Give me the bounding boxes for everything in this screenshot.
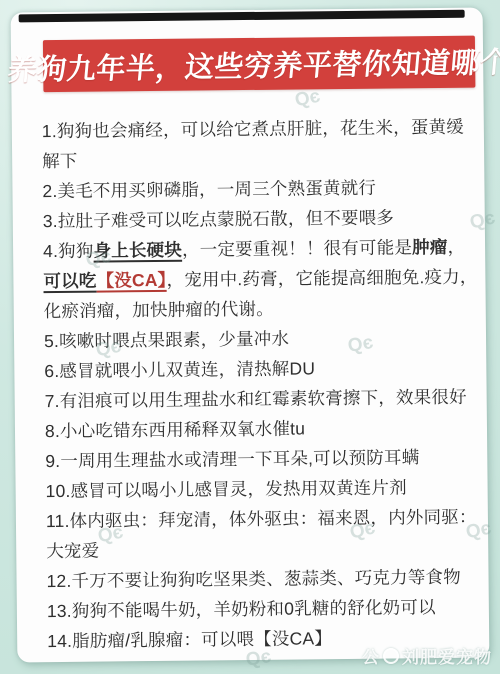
top-black-bar (19, 10, 465, 23)
tip-line: 7.有泪痕可以用生理盐水和红霉素软膏擦下，效果很好 (45, 382, 477, 417)
tip-segment: 肿瘤 (412, 237, 448, 257)
tip-line: 解下 (42, 142, 474, 177)
tip-segment: 大宠爱 (46, 541, 99, 562)
tip-segment: 9.一周用生理盐水或清理一下耳朵,可以预防耳螨 (45, 447, 419, 471)
tip-segment: 10.感冒可以喝小儿感冒灵，发热用双黄连片剂 (46, 477, 407, 501)
tip-line: 可以吃【没CA】，宠用中.药膏，它能提高细胞免.疫力， (43, 262, 475, 297)
circle-logo-icon (383, 648, 399, 664)
poster-background: { "poster": { "title": "养狗九年半，这些穷养平替你知道哪… (0, 0, 500, 674)
tip-segment: 4.狗狗 (43, 241, 94, 262)
tip-line: 13.狗狗不能喝牛奶，羊奶粉和0乳糖的舒化奶可以 (47, 592, 479, 627)
tip-line: 10.感冒可以喝小儿感冒灵，发热用双黄连片剂 (45, 472, 477, 507)
tip-line: 9.一周用生理盐水或清理一下耳朵,可以预防耳螨 (45, 442, 477, 477)
corner-watermark: 公 刘肥爱宠物 (362, 643, 492, 668)
tip-line: 4.狗狗身上长硬块，一定要重视！！很有可能是肿瘤， (43, 232, 475, 267)
corner-watermark-prefix: 公 (362, 643, 380, 668)
tip-segment: ，宠用中.药膏，它能提高细胞免.疫力， (166, 267, 477, 290)
tip-line: 3.拉肚子难受可以吃点蒙脱石散，但不要喂多 (43, 202, 475, 237)
corner-watermark-name: 刘肥爱宠物 (402, 643, 492, 668)
tip-line: 1.狗狗也会痛经，可以给它煮点肝脏，花生米，蛋黄缓 (42, 112, 474, 147)
tip-segment: 1.狗狗也会痛经，可以给它煮点肝脏，花生米，蛋黄缓 (42, 117, 464, 141)
tip-line: 大宠爱 (46, 532, 478, 567)
tip-segment: 3.拉肚子难受可以吃点蒙脱石散，但不要喂多 (43, 207, 394, 231)
tip-segment: 12.千万不要让狗狗吃坚果类、葱蒜类、巧克力等食物 (46, 567, 461, 591)
tip-line: 12.千万不要让狗狗吃坚果类、葱蒜类、巧克力等食物 (46, 562, 478, 597)
tip-segment: 可以吃 (43, 271, 96, 292)
tip-line: 8.小心吃错东西用稀释双氧水催tu (45, 412, 477, 447)
tip-segment: 6.感冒就喂小儿双黄连，清热解DU (44, 358, 315, 381)
tip-line: 2.美毛不用买卵磷脂，一周三个熟蛋黄就行 (42, 172, 474, 207)
tip-segment: 2.美毛不用买卵磷脂，一周三个熟蛋黄就行 (42, 178, 376, 201)
tip-line: 化瘀消瘤，加快肿瘤的代谢。 (44, 292, 476, 327)
tip-segment: 8.小心吃错东西用稀释双氧水催tu (45, 418, 305, 441)
tip-segment: 13.狗狗不能喝牛奶，羊奶粉和0乳糖的舒化奶可以 (47, 597, 436, 621)
tip-segment: 化瘀消瘤，加快肿瘤的代谢。 (44, 299, 274, 321)
tip-line: 6.感冒就喂小儿双黄连，清热解DU (44, 352, 476, 387)
tip-segment: ，一定要重视！！很有可能是 (182, 237, 412, 259)
tip-line: 5.咳嗽时喂点果跟素，少量冲水 (44, 322, 476, 357)
tip-segment: 5.咳嗽时喂点果跟素，少量冲水 (44, 329, 289, 352)
tip-line: 11.体内驱虫：拜宠清，体外驱虫：福来恩，内外同驱： (46, 502, 478, 537)
tip-segment: ， (447, 237, 465, 257)
tip-segment: 身上长硬块 (93, 240, 182, 261)
title-banner: 养狗九年半，这些穷养平替你知道哪个 (43, 36, 476, 93)
tips-list: 1.狗狗也会痛经，可以给它煮点肝脏，花生米，蛋黄缓解下2.美毛不用买卵磷脂，一周… (42, 112, 480, 656)
tip-segment: 7.有泪痕可以用生理盐水和红霉素软膏擦下，效果很好 (45, 387, 467, 411)
tip-segment: 14.脂肪瘤/乳腺瘤：可以喂【没CA】 (47, 628, 332, 651)
tip-segment: 11.体内驱虫：拜宠清，体外驱虫：福来恩，内外同驱： (46, 507, 477, 532)
tip-segment: 【没CA】 (96, 270, 166, 291)
poster-title: 养狗九年半，这些穷养平替你知道哪个 (6, 39, 500, 88)
tip-segment: 解下 (42, 151, 78, 171)
poster-card: 养狗九年半，这些穷养平替你知道哪个 1.狗狗也会痛经，可以给它煮点肝脏，花生米，… (11, 8, 490, 663)
